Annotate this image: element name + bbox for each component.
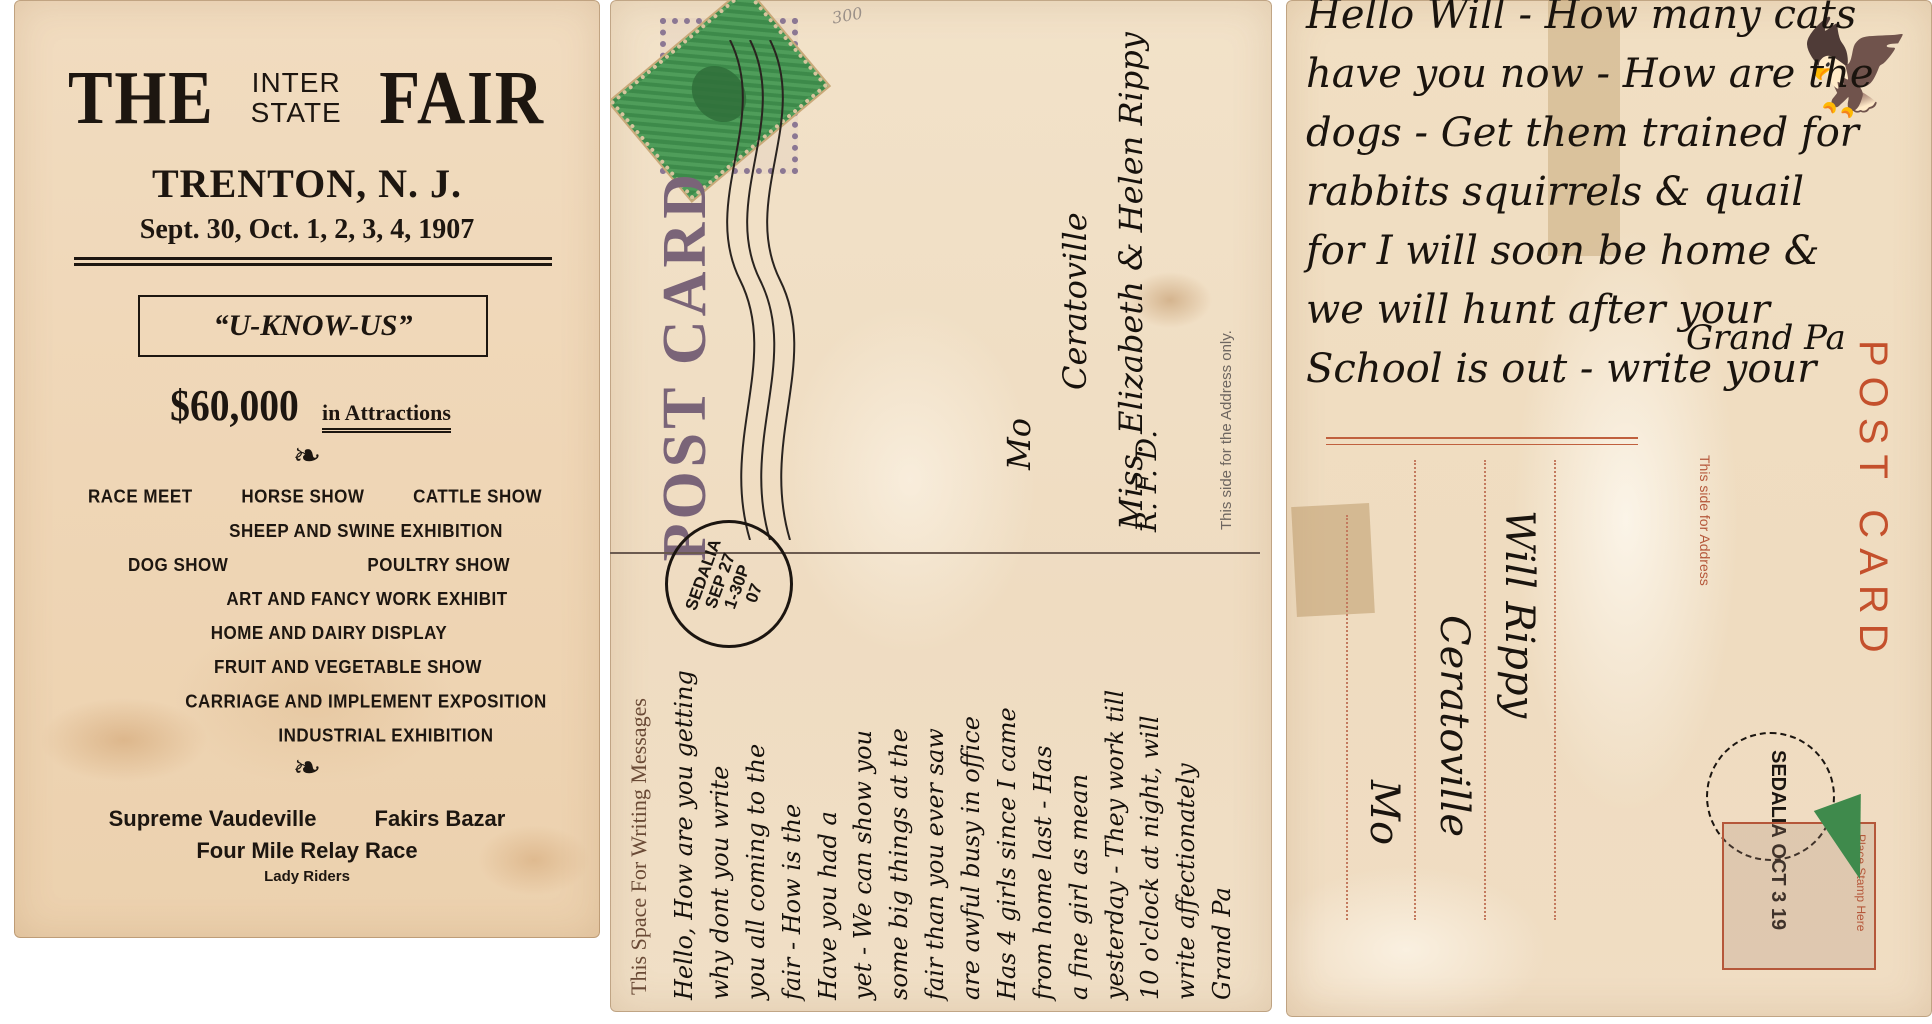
vaudeville-label: Supreme Vaudeville bbox=[109, 806, 317, 832]
message-line: Have you had a bbox=[814, 560, 848, 1000]
address-guide-line bbox=[1554, 460, 1556, 920]
attractions-amount: $60,000 bbox=[170, 380, 299, 431]
event-item: POULTRY SHOW bbox=[367, 548, 510, 582]
message-line: you all coming to the bbox=[742, 560, 776, 1000]
message-line: dogs - Get them trained for bbox=[1306, 104, 1932, 163]
event-row: HOME AND DAIRY DISPLAY bbox=[60, 616, 570, 650]
address-side-note: This side for the Address only. bbox=[1218, 230, 1235, 530]
message-line: yet - We can show you bbox=[849, 560, 883, 1000]
address-line-3: Mo bbox=[1361, 780, 1407, 845]
message-line: 10 o'clock at night, will bbox=[1136, 560, 1170, 1000]
message-line: rabbits squirrels & quail bbox=[1306, 163, 1932, 222]
address-guide-line bbox=[1484, 460, 1486, 920]
dates-line: Sept. 30, Oct. 1, 2, 3, 4, 1907 bbox=[14, 214, 600, 246]
message-line: some big things at the bbox=[885, 560, 919, 1000]
title-inter: INTER bbox=[251, 68, 342, 98]
event-row: RACE MEET HORSE SHOW CATTLE SHOW bbox=[60, 480, 570, 514]
event-item: HORSE SHOW bbox=[241, 480, 364, 514]
message-line: Grand Pa bbox=[1208, 560, 1242, 1000]
event-item: INDUSTRIAL EXHIBITION bbox=[278, 725, 493, 746]
slogan-box: “U-KNOW-US” bbox=[138, 295, 488, 357]
event-item: CATTLE SHOW bbox=[413, 480, 542, 514]
message-postcard: POST CARD 300 Miss. Elizabeth & Helen Ri… bbox=[610, 0, 1272, 1012]
message-line: Hello Will - How many cats bbox=[1306, 0, 1932, 45]
aged-tape bbox=[1291, 503, 1375, 617]
bazar-label: Fakirs Bazar bbox=[375, 806, 506, 832]
event-item: CARRIAGE AND IMPLEMENT EXPOSITION bbox=[185, 691, 547, 712]
message-line: a fine girl as mean bbox=[1065, 560, 1099, 1000]
message-line: Hello, How are you getting bbox=[670, 560, 704, 1000]
event-row: DOG SHOW POULTRY SHOW bbox=[60, 548, 570, 582]
title-state: STATE bbox=[251, 98, 342, 128]
rfd-line: R. F. D. bbox=[1130, 430, 1163, 532]
event-item: ART AND FANCY WORK EXHIBIT bbox=[226, 588, 507, 609]
message-line: fair - How is the bbox=[778, 560, 812, 1000]
message-line: are awful busy in office bbox=[957, 560, 991, 1000]
event-item: SHEEP AND SWINE EXHIBITION bbox=[229, 520, 503, 541]
bottom-attractions: Supreme Vaudeville Fakirs Bazar Four Mil… bbox=[14, 806, 600, 885]
red-rule bbox=[1326, 444, 1638, 445]
slogan-text: “U-KNOW-US” bbox=[214, 309, 413, 343]
message-line: why dont you write bbox=[706, 560, 740, 1000]
fair-advertisement-card: THE INTER STATE FAIR TRENTON, N. J. Sept… bbox=[14, 0, 600, 938]
fleuron-ornament-icon: ❧ bbox=[14, 752, 600, 786]
title-the: THE bbox=[68, 60, 215, 136]
post-card-title: POST CARD bbox=[1850, 340, 1895, 710]
writing-messages-label: This Space For Writing Messages bbox=[626, 575, 652, 995]
event-row: FRUIT AND VEGETABLE SHOW bbox=[60, 650, 570, 684]
bottom-row: Supreme Vaudeville Fakirs Bazar bbox=[14, 806, 600, 832]
address-line-3: Mo bbox=[1000, 10, 1038, 530]
signature: Grand Pa bbox=[1686, 318, 1846, 358]
event-item: HOME AND DAIRY DISPLAY bbox=[211, 623, 447, 644]
attractions-line: $60,000 in Attractions bbox=[14, 380, 600, 433]
message-line: for I will soon be home & bbox=[1306, 222, 1932, 281]
address-block: Miss. Elizabeth & Helen Rippy Ceratovill… bbox=[1000, 10, 1200, 530]
address-line-2: Ceratoville bbox=[1431, 615, 1477, 837]
message-line: Has 4 girls since I came bbox=[993, 560, 1027, 1000]
lady-riders-label: Lady Riders bbox=[14, 868, 600, 885]
events-list: RACE MEET HORSE SHOW CATTLE SHOW SHEEP A… bbox=[60, 480, 570, 753]
message-line: fair than you ever saw bbox=[921, 560, 955, 1000]
double-rule-divider bbox=[74, 257, 552, 266]
handwritten-message: Hello, How are you getting why dont you … bbox=[670, 560, 1242, 1000]
pencil-note: 300 bbox=[831, 3, 864, 27]
address-line-1: Will Rippy bbox=[1496, 510, 1542, 718]
cancellation-wave-lines-icon bbox=[710, 40, 810, 540]
event-item: FRUIT AND VEGETABLE SHOW bbox=[214, 657, 482, 678]
event-row: SHEEP AND SWINE EXHIBITION bbox=[60, 514, 570, 548]
city-line: TRENTON, N. J. bbox=[14, 160, 600, 207]
event-row: ART AND FANCY WORK EXHIBIT bbox=[60, 582, 570, 616]
event-item: RACE MEET bbox=[88, 480, 193, 514]
fair-title: THE INTER STATE FAIR bbox=[14, 60, 600, 136]
fleuron-ornament-icon: ❧ bbox=[14, 440, 600, 474]
address-line-2: Ceratoville bbox=[1056, 10, 1094, 530]
address-side-note: This side for Address bbox=[1697, 455, 1713, 586]
message-line: yesterday - They work till bbox=[1101, 560, 1135, 1000]
event-row: CARRIAGE AND IMPLEMENT EXPOSITION bbox=[60, 684, 570, 718]
event-row: INDUSTRIAL EXHIBITION bbox=[60, 718, 570, 752]
embossed-postcard: 🦅 Hello Will - How many cats have you no… bbox=[1286, 0, 1932, 1017]
message-line: write affectionately bbox=[1172, 560, 1206, 1000]
attractions-note: in Attractions bbox=[322, 400, 451, 433]
message-line: from home last - Has bbox=[1029, 560, 1063, 1000]
title-fair: FAIR bbox=[379, 60, 545, 136]
address-guide-line bbox=[1346, 515, 1348, 920]
event-item: DOG SHOW bbox=[128, 548, 228, 582]
red-rule bbox=[1326, 437, 1638, 439]
message-line: have you now - How are the bbox=[1306, 45, 1932, 104]
relay-race-label: Four Mile Relay Race bbox=[14, 838, 600, 864]
address-guide-line bbox=[1414, 460, 1416, 920]
post-card-logo: POST CARD bbox=[650, 170, 721, 561]
title-inter-state: INTER STATE bbox=[251, 68, 342, 128]
